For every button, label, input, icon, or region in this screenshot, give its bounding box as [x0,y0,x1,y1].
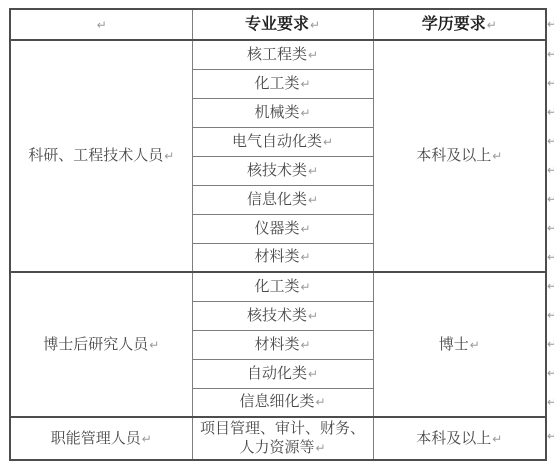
paragraph-mark: ↵ [547,48,554,60]
paragraph-mark: ↵ [310,18,320,32]
paragraph-mark: ↵ [323,135,333,149]
major-cell: 项目管理、审计、财务、人力资源等↵ [192,417,373,460]
major-cell: 核工程类↵ [192,40,373,69]
paragraph-mark: ↵ [547,77,554,89]
row-end-mark: ↵ [547,416,554,456]
header-major-label: 专业要求 [245,16,309,33]
education-label: 本科及以上 [416,147,491,164]
major-label: 信息细化类 [239,393,314,410]
major-label: 材料类 [254,336,299,353]
major-label: 化工类 [254,278,299,295]
category-cell-group3: 职能管理人员↵ [10,417,192,460]
paragraph-mark: ↵ [547,18,554,30]
major-cell: 信息化类↵ [192,185,373,214]
category-label: 博士后研究人员 [43,336,148,353]
major-cell: 仪器类↵ [192,214,373,243]
major-label: 项目管理、审计、财务、人力资源等 [200,420,365,456]
category-label: 科研、工程技术人员 [28,147,163,164]
paragraph-mark: ↵ [300,106,310,120]
education-label: 博士 [439,336,469,353]
paragraph-mark: ↵ [547,251,554,263]
major-label: 化工类 [254,75,299,92]
paragraph-mark: ↵ [300,280,310,294]
major-label: 电气自动化类 [232,133,322,150]
major-cell: 材料类↵ [192,330,373,359]
major-cell: 核技术类↵ [192,156,373,185]
major-cell: 自动化类↵ [192,359,373,388]
paragraph-mark: ↵ [547,280,554,292]
row-end-mark: ↵ [547,68,554,97]
major-label: 核技术类 [247,162,307,179]
paragraph-mark: ↵ [97,18,107,32]
table-row: 职能管理人员↵ 项目管理、审计、财务、人力资源等↵ 本科及以上↵ [10,417,546,460]
major-cell: 核技术类↵ [192,301,373,330]
major-cell: 材料类↵ [192,243,373,272]
paragraph-mark: ↵ [492,149,502,163]
paragraph-mark: ↵ [308,367,318,381]
major-label: 仪器类 [254,220,299,237]
paragraph-mark: ↵ [547,367,554,379]
paragraph-mark: ↵ [308,193,318,207]
requirements-table: ↵ 专业要求↵ 学历要求↵ 科研、工程技术人员↵ 核工程类↵ 本科及以上↵ 化工… [9,8,547,461]
row-end-mark: ↵ [547,155,554,184]
paragraph-mark: ↵ [547,430,554,442]
major-label: 核技术类 [247,307,307,324]
row-end-marks-column: ↵ ↵ ↵ ↵ ↵ ↵ ↵ ↵ ↵ ↵ ↵ ↵ ↵ ↵ ↵ [547,8,554,456]
paragraph-mark: ↵ [547,193,554,205]
paragraph-mark: ↵ [300,250,310,264]
paragraph-mark: ↵ [492,432,502,446]
row-end-mark: ↵ [547,242,554,271]
major-cell: 信息细化类↵ [192,388,373,417]
education-cell-group3: 本科及以上↵ [373,417,546,460]
major-label: 材料类 [254,248,299,265]
header-cell-education: 学历要求↵ [373,9,546,40]
table-row: 博士后研究人员↵ 化工类↵ 博士↵ [10,272,546,301]
paragraph-mark: ↵ [308,48,318,62]
row-end-mark: ↵ [547,387,554,416]
major-label: 信息化类 [247,191,307,208]
paragraph-mark: ↵ [547,106,554,118]
major-label: 机械类 [254,104,299,121]
category-label: 职能管理人员 [51,430,141,447]
paragraph-mark: ↵ [470,338,480,352]
row-end-mark: ↵ [547,329,554,358]
row-end-mark: ↵ [547,213,554,242]
education-cell-group1: 本科及以上↵ [373,40,546,272]
table-row: 科研、工程技术人员↵ 核工程类↵ 本科及以上↵ [10,40,546,69]
education-cell-group2: 博士↵ [373,272,546,417]
row-end-mark: ↵ [547,8,554,39]
row-end-mark: ↵ [547,271,554,300]
major-cell: 化工类↵ [192,69,373,98]
major-cell: 机械类↵ [192,98,373,127]
major-label: 核工程类 [247,46,307,63]
category-cell-group2: 博士后研究人员↵ [10,272,192,417]
paragraph-mark: ↵ [547,222,554,234]
paragraph-mark: ↵ [142,432,152,446]
paragraph-mark: ↵ [164,149,174,163]
paragraph-mark: ↵ [547,135,554,147]
paragraph-mark: ↵ [487,18,497,32]
header-education-label: 学历要求 [422,16,486,33]
row-end-mark: ↵ [547,39,554,68]
major-cell: 电气自动化类↵ [192,127,373,156]
paragraph-mark: ↵ [300,338,310,352]
header-cell-major: 专业要求↵ [192,9,373,40]
paragraph-mark: ↵ [315,395,325,409]
paragraph-mark: ↵ [547,338,554,350]
header-cell-category: ↵ [10,9,192,40]
category-cell-group1: 科研、工程技术人员↵ [10,40,192,272]
row-end-mark: ↵ [547,97,554,126]
row-end-mark: ↵ [547,300,554,329]
major-label: 自动化类 [247,365,307,382]
paragraph-mark: ↵ [308,309,318,323]
paragraph-mark: ↵ [149,338,159,352]
row-end-mark: ↵ [547,126,554,155]
education-label: 本科及以上 [416,430,491,447]
row-end-mark: ↵ [547,184,554,213]
paragraph-mark: ↵ [547,396,554,408]
paragraph-mark: ↵ [547,309,554,321]
paragraph-mark: ↵ [300,222,310,236]
document-page: ↵ 专业要求↵ 学历要求↵ 科研、工程技术人员↵ 核工程类↵ 本科及以上↵ 化工… [0,0,554,464]
major-cell: 化工类↵ [192,272,373,301]
paragraph-mark: ↵ [308,164,318,178]
paragraph-mark: ↵ [547,164,554,176]
row-end-mark: ↵ [547,358,554,387]
paragraph-mark: ↵ [300,77,310,91]
table-header-row: ↵ 专业要求↵ 学历要求↵ [10,9,546,40]
paragraph-mark: ↵ [315,441,325,455]
